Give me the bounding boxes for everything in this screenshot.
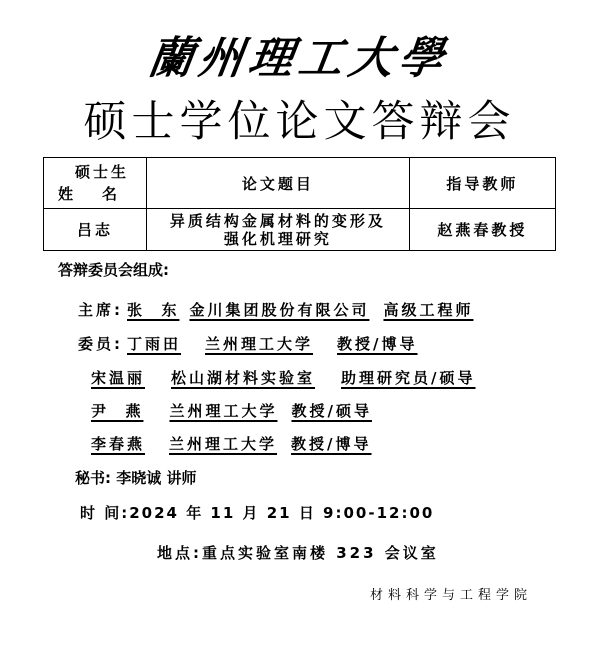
defense-info-table: 硕士生 姓 名 论文题目 指导教师 吕志 异质结构金属材料的变形及 强化机理研究… (43, 157, 556, 251)
student-header-char-a: 姓 (58, 183, 76, 205)
student-header-line1: 硕士生 (58, 161, 146, 183)
committee-member-row: 委员: 丁雨田 兰州理工大学 教授/博导 (78, 333, 418, 354)
member-name: 丁雨田 (127, 333, 181, 354)
defense-time: 时 间:2024 年 11 月 21 日 9:00-12:00 (80, 502, 434, 523)
member-title: 教授/博导 (291, 433, 371, 454)
committee-member-row: 宋温丽 松山湖材料实验室 助理研究员/硕导 (91, 367, 476, 388)
university-logo: 蘭州理工大學 (0, 22, 599, 86)
thesis-title-line2: 强化机理研究 (147, 230, 409, 248)
member-title: 助理研究员/硕导 (341, 367, 475, 388)
student-name: 吕志 (44, 209, 147, 251)
committee-member-row: 李春燕 兰州理工大学 教授/博导 (91, 433, 372, 454)
student-header-char-b: 名 (102, 183, 120, 205)
secretary: 秘书: 李晓诚 讲师 (75, 467, 196, 488)
committee-heading: 答辩委员会组成: (58, 259, 169, 280)
student-name-header: 硕士生 姓 名 (44, 158, 147, 209)
members-label: 委员: (78, 333, 123, 354)
member-affiliation: 松山湖材料实验室 (171, 367, 315, 388)
chair-title: 高级工程师 (383, 299, 473, 320)
member-name: 李春燕 (91, 433, 145, 454)
thesis-title-header: 论文题目 (147, 158, 410, 209)
member-title: 教授/硕导 (291, 400, 371, 421)
chair-name: 张 东 (127, 299, 179, 320)
table-header-row: 硕士生 姓 名 论文题目 指导教师 (44, 158, 556, 209)
page-title: 硕士学位论文答辩会 (0, 96, 599, 148)
advisor-header: 指导教师 (409, 158, 555, 209)
chair-affiliation: 金川集团股份有限公司 (189, 299, 369, 320)
member-name: 宋温丽 (91, 367, 145, 388)
organizer: 材料科学与工程学院 (370, 584, 532, 603)
thesis-title: 异质结构金属材料的变形及 强化机理研究 (147, 209, 410, 251)
table-row: 吕志 异质结构金属材料的变形及 强化机理研究 赵燕春教授 (44, 209, 556, 251)
student-header-line2: 姓 名 (58, 183, 120, 205)
member-title: 教授/博导 (337, 333, 417, 354)
member-affiliation: 兰州理工大学 (205, 333, 313, 354)
thesis-title-line1: 异质结构金属材料的变形及 (147, 212, 409, 230)
member-affiliation: 兰州理工大学 (169, 433, 277, 454)
committee-member-row: 尹 燕 兰州理工大学 教授/硕导 (91, 400, 372, 421)
member-name: 尹 燕 (91, 400, 143, 421)
chair-label: 主席: (78, 299, 123, 320)
advisor-name: 赵燕春教授 (409, 209, 555, 251)
committee-chair-row: 主席: 张 东 金川集团股份有限公司 高级工程师 (78, 299, 473, 320)
defense-location: 地点:重点实验室南楼 323 会议室 (157, 542, 439, 563)
member-affiliation: 兰州理工大学 (169, 400, 277, 421)
